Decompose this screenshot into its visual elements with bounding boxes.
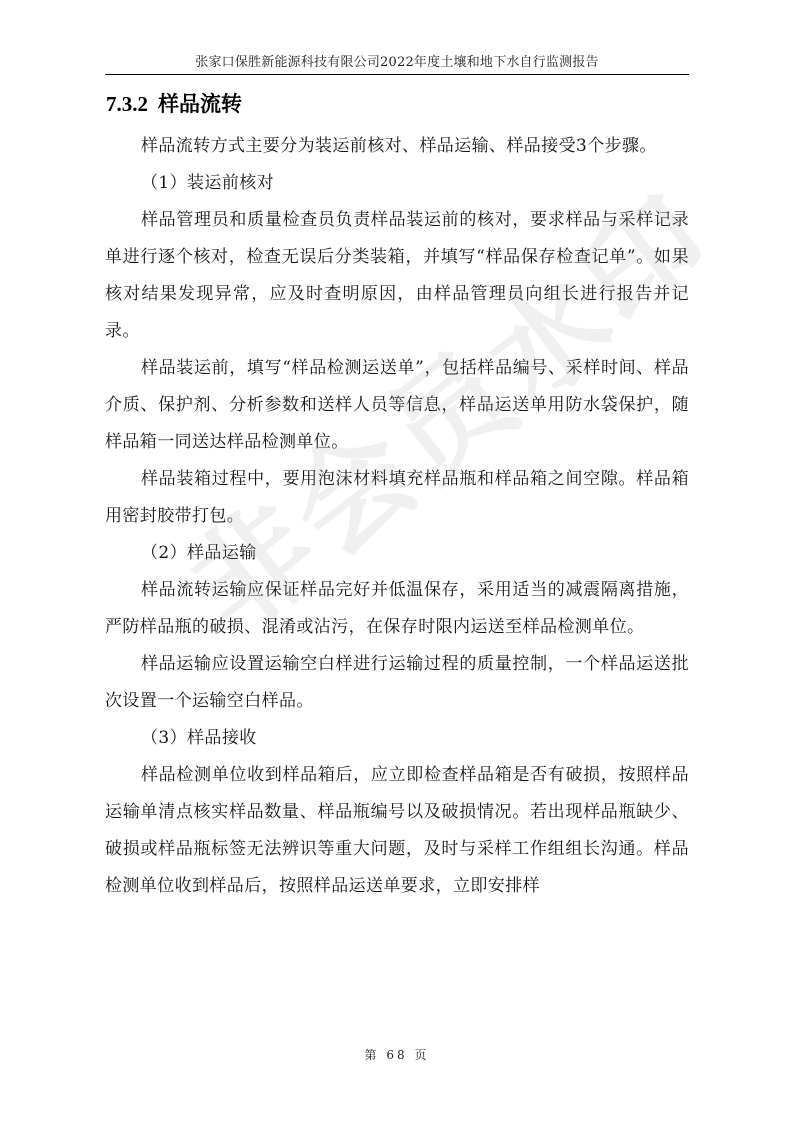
document-page: 张家口保胜新能源科技有限公司2022年度土壤和地下水自行监测报告 7.3.2样品… (0, 0, 794, 1123)
subheading-transport: （2）样品运输 (105, 535, 689, 572)
paragraph-transport-form: 样品装运前，填写“样品检测运送单”，包括样品编号、采样时间、样品介质、保护剂、分… (105, 350, 689, 461)
paragraph-transport-blank: 样品运输应设置运输空白样进行运输过程的质量控制，一个样品运送批次设置一个运输空白… (105, 646, 689, 720)
section-title: 样品流转 (158, 91, 242, 116)
paragraph-transport-requirements: 样品流转运输应保证样品完好并低温保存，采用适当的减震隔离措施，严防样品瓶的破损、… (105, 572, 689, 646)
paragraph-check-procedure: 样品管理员和质量检查员负责样品装运前的核对，要求样品与采样记录单进行逐个核对，检… (105, 202, 689, 350)
section-heading: 7.3.2样品流转 (106, 90, 242, 118)
paragraph-intro: 样品流转方式主要分为装运前核对、样品运输、样品接受3个步骤。 (105, 128, 689, 165)
subheading-pre-shipment-check: （1）装运前核对 (105, 165, 689, 202)
subheading-receipt: （3）样品接收 (105, 720, 689, 757)
body-text: 样品流转方式主要分为装运前核对、样品运输、样品接受3个步骤。 （1）装运前核对 … (105, 128, 689, 905)
page-number: 第 68 页 (0, 1046, 794, 1063)
header-rule (105, 74, 689, 75)
paragraph-receipt-procedure: 样品检测单位收到样品箱后，应立即检查样品箱是否有破损，按照样品运输单清点核实样品… (105, 757, 689, 905)
section-number: 7.3.2 (106, 92, 148, 116)
running-header: 张家口保胜新能源科技有限公司2022年度土壤和地下水自行监测报告 (105, 55, 689, 71)
paragraph-packing: 样品装箱过程中，要用泡沫材料填充样品瓶和样品箱之间空隙。样品箱用密封胶带打包。 (105, 461, 689, 535)
